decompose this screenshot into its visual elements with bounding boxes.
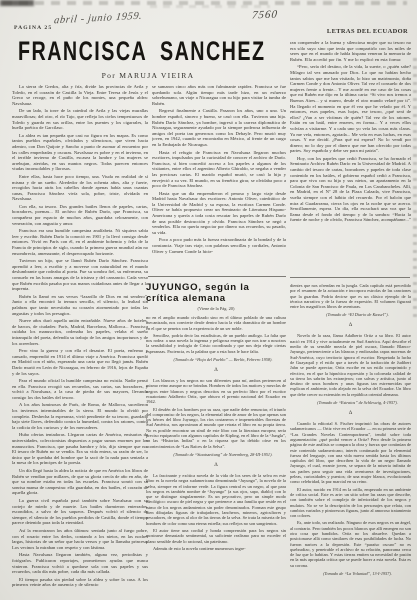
paragraph: Cuando la editorial S. Fischer imprimió … xyxy=(290,421,411,485)
paragraph: ran comprender a la buena y silenciosa m… xyxy=(290,40,411,62)
paragraph: Regresó finalmente a Castilla. Pasaron l… xyxy=(152,108,286,147)
paragraph: dientes que nos ofrendan en la jungla. C… xyxy=(290,283,411,309)
delta-separator: Δ xyxy=(290,322,411,328)
page-edge-artifact xyxy=(413,58,417,320)
paragraph: Nueve años duró aquella unión entrañable… xyxy=(12,318,148,346)
column-left: La sierra de Gredos, alta y fría, divide… xyxy=(12,84,148,598)
paragraph: se sumaron cinco años más con fulminante… xyxy=(152,84,286,106)
paragraph: Con ella, su tesoro. Dos grandes baúles … xyxy=(12,204,148,226)
paragraph: La aldea es tan pequeña que casi no figu… xyxy=(12,133,148,172)
continuation-note: (Viene de la Pág. 20) xyxy=(146,306,286,311)
paragraph: Tuvieron un hijo, que se llamó Rubén Dar… xyxy=(12,258,148,292)
paragraph: Hasta el refugio de Francisca en Navalsa… xyxy=(152,150,286,189)
delta-separator: Δ xyxy=(146,367,286,373)
paragraph: Los blancos y los negros no son diferent… xyxy=(146,378,286,404)
article-title: FRANCISCA SANCHEZ xyxy=(18,36,278,67)
paragraph: “Pero, sería del destino, de la vida, la… xyxy=(290,64,411,154)
paragraph: La guerra civil española pasó también so… xyxy=(12,498,148,526)
source-attribution: (Tomado de “Hoja del Pueblo” — Berlín, F… xyxy=(160,357,286,362)
paragraph: Para el mundo oficial la humilde campesi… xyxy=(12,378,148,400)
paragraph: De un lado, la torre de la catedral de A… xyxy=(12,108,148,130)
paragraph: Poco a poco pudo más la fuerza extraordi… xyxy=(152,237,286,254)
ink-smudge-artifact xyxy=(0,0,34,6)
handwritten-date: abril - junio 1959. xyxy=(53,11,143,27)
section-divider-rule xyxy=(148,276,286,277)
paragraph: Hasta que un día emprendieron el penoso … xyxy=(152,191,286,236)
paragraph: Es, ante todo, un realizado. Ninguno de … xyxy=(290,520,411,568)
paragraph: El autor, nacido en 1914 en la orilla, e… xyxy=(290,487,411,519)
delta-separator: Δ xyxy=(290,410,411,416)
column-right: ran comprender a la buena y silenciosa m… xyxy=(290,40,411,274)
masthead: LETRAS DEL ECUADOR xyxy=(290,28,408,35)
paragraph: La sierra de Gredos, alta y fría, divide… xyxy=(12,84,148,106)
handwritten-number: 7560 xyxy=(251,9,278,22)
paragraph: no en el amplio mundo civilizado sino en… xyxy=(146,315,286,331)
section-divider-rule xyxy=(290,277,410,278)
paragraph: Rubén la llamó en sus versos “lazarillo … xyxy=(12,294,148,316)
paragraph: La fascinante y exótica novela de la vid… xyxy=(146,473,286,526)
column-middle: se sumaron cinco años más con fulminante… xyxy=(152,84,286,272)
paragraph: El autor tiene una cordial y honda compr… xyxy=(146,528,286,544)
delta-separator: Δ xyxy=(146,462,286,468)
paragraph: Francisca era una humilde campesina anal… xyxy=(12,228,148,256)
paragraph: Entre ellas, hasta hace poco tiempo, una… xyxy=(12,174,148,202)
paragraph: Además de esto la novela contiene numero… xyxy=(146,546,286,551)
paragraph: El desdén de los hombres por su raza, qu… xyxy=(146,407,286,449)
juyungo-heading: JUYUNGO, según la crítica alemana xyxy=(146,282,286,304)
article-byline: Por MARUJA VIEIRA xyxy=(16,71,280,80)
source-attribution: (Tomado de “Estratos” de Schleswig, 4-19… xyxy=(304,400,411,405)
source-attribution: (Tomado de “El Diario de Kassel”). xyxy=(304,312,411,317)
juyungo-section-middle: JUYUNGO, según la crítica alemana (Viene… xyxy=(146,282,286,587)
paragraph: Un día llegó hasta la aldea la noticia d… xyxy=(12,468,148,496)
paragraph: A los años luminosos de París, de Roma, … xyxy=(12,402,148,430)
bleed-through-artifact xyxy=(150,5,270,8)
source-attribution: (Tomado de “La Voluntad”, 13-I-1957). xyxy=(304,571,411,576)
paragraph: Pero vino la guerra y con ella el desast… xyxy=(12,348,148,376)
paragraph: Sencillez, podría decir las estadísticas… xyxy=(146,333,286,354)
paragraph: El tiempo pasaba sin piedad sobre la ald… xyxy=(12,577,148,588)
paragraph: Novela de la raza, llama Adalberto Ortiz… xyxy=(290,333,411,397)
paragraph: Hoy, con los papeles que cedió Francisca… xyxy=(290,156,411,223)
source-attribution: (Tomado de “Staatszeitung” de Nuremberg,… xyxy=(160,452,286,457)
paragraph: Así la encontraron los años últimos: sen… xyxy=(12,528,148,550)
page-number-label: PAGINA 25 xyxy=(14,25,52,31)
paragraph: Hasta Navalsauz llegaron también, alguna… xyxy=(12,552,148,574)
juyungo-section-right: dientes que nos ofrendan en la jungla. C… xyxy=(290,283,411,598)
paragraph: Hubo ofertas tentadoras. Llegaron cartas… xyxy=(12,432,148,466)
